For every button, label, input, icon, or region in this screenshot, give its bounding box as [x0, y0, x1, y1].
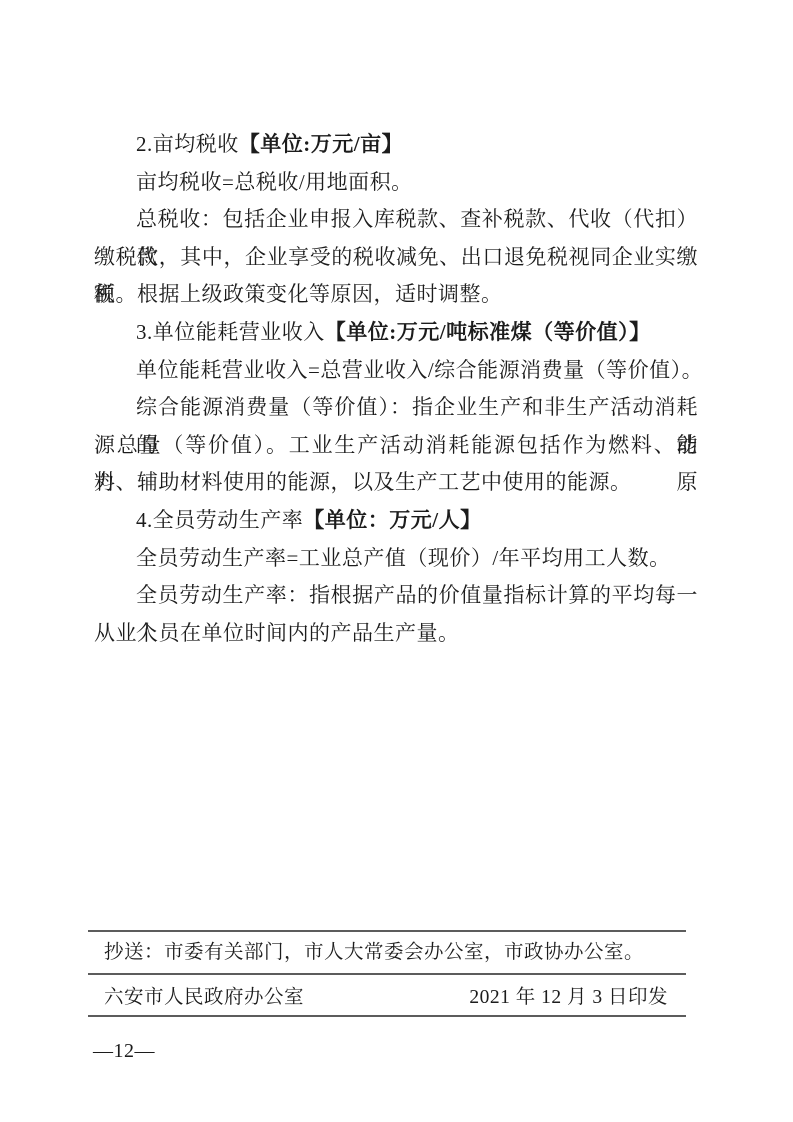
heading-title: 3.单位能耗营业收入	[136, 320, 325, 344]
body-line: 总税收：包括企业申报入库税款、查补税款、代收（代扣）代	[94, 201, 698, 239]
section-heading: 3.单位能耗营业收入【单位:万元/吨标准煤（等价值）】	[94, 314, 698, 352]
body-line: 亩均税收=总税收/用地面积。	[94, 164, 698, 202]
page-number: —12—	[93, 1036, 155, 1066]
issuing-office: 六安市人民政府办公室	[104, 981, 304, 1009]
heading-title: 2.亩均税收	[136, 132, 239, 156]
section-heading: 4.全员劳动生产率【单位：万元/人】	[94, 502, 698, 540]
body-line: 从业人员在单位时间内的产品生产量。	[94, 615, 698, 653]
body-line: 额。根据上级政策变化等原因，适时调整。	[94, 276, 698, 314]
heading-unit: 【单位:万元/吨标准煤（等价值）】	[325, 320, 651, 344]
issuer-row: 六安市人民政府办公室 2021 年 12 月 3 日印发	[88, 975, 686, 1015]
print-date: 2021 年 12 月 3 日印发	[469, 981, 668, 1009]
body-line: 料、辅助材料使用的能源，以及生产工艺中使用的能源。	[94, 464, 698, 502]
body-line: 全员劳动生产率：指根据产品的价值量指标计算的平均每一个	[94, 577, 698, 615]
body-line: 全员劳动生产率=工业总产值（现价）/年平均用工人数。	[94, 540, 698, 578]
document-page: 2.亩均税收【单位:万元/亩】亩均税收=总税收/用地面积。总税收：包括企业申报入…	[0, 0, 793, 1122]
section-heading: 2.亩均税收【单位:万元/亩】	[94, 126, 698, 164]
body-line: 单位能耗营业收入=总营业收入/综合能源消费量（等价值）。	[94, 352, 698, 390]
footer-rule-bottom	[88, 1015, 686, 1017]
body-line: 缴税款，其中，企业享受的税收减免、出口退免税视同企业实缴税	[94, 239, 698, 277]
body-line: 综合能源消费量（等价值）：指企业生产和非生产活动消耗的能	[94, 389, 698, 427]
heading-unit: 【单位：万元/人】	[303, 508, 481, 532]
cc-line: 抄送：市委有关部门，市人大常委会办公室，市政协办公室。	[88, 932, 686, 973]
heading-title: 4.全员劳动生产率	[136, 508, 303, 532]
document-body: 2.亩均税收【单位:万元/亩】亩均税收=总税收/用地面积。总税收：包括企业申报入…	[94, 126, 698, 652]
heading-unit: 【单位:万元/亩】	[239, 132, 403, 156]
body-line: 源总量（等价值）。工业生产活动消耗能源包括作为燃料、动力、原	[94, 427, 698, 465]
